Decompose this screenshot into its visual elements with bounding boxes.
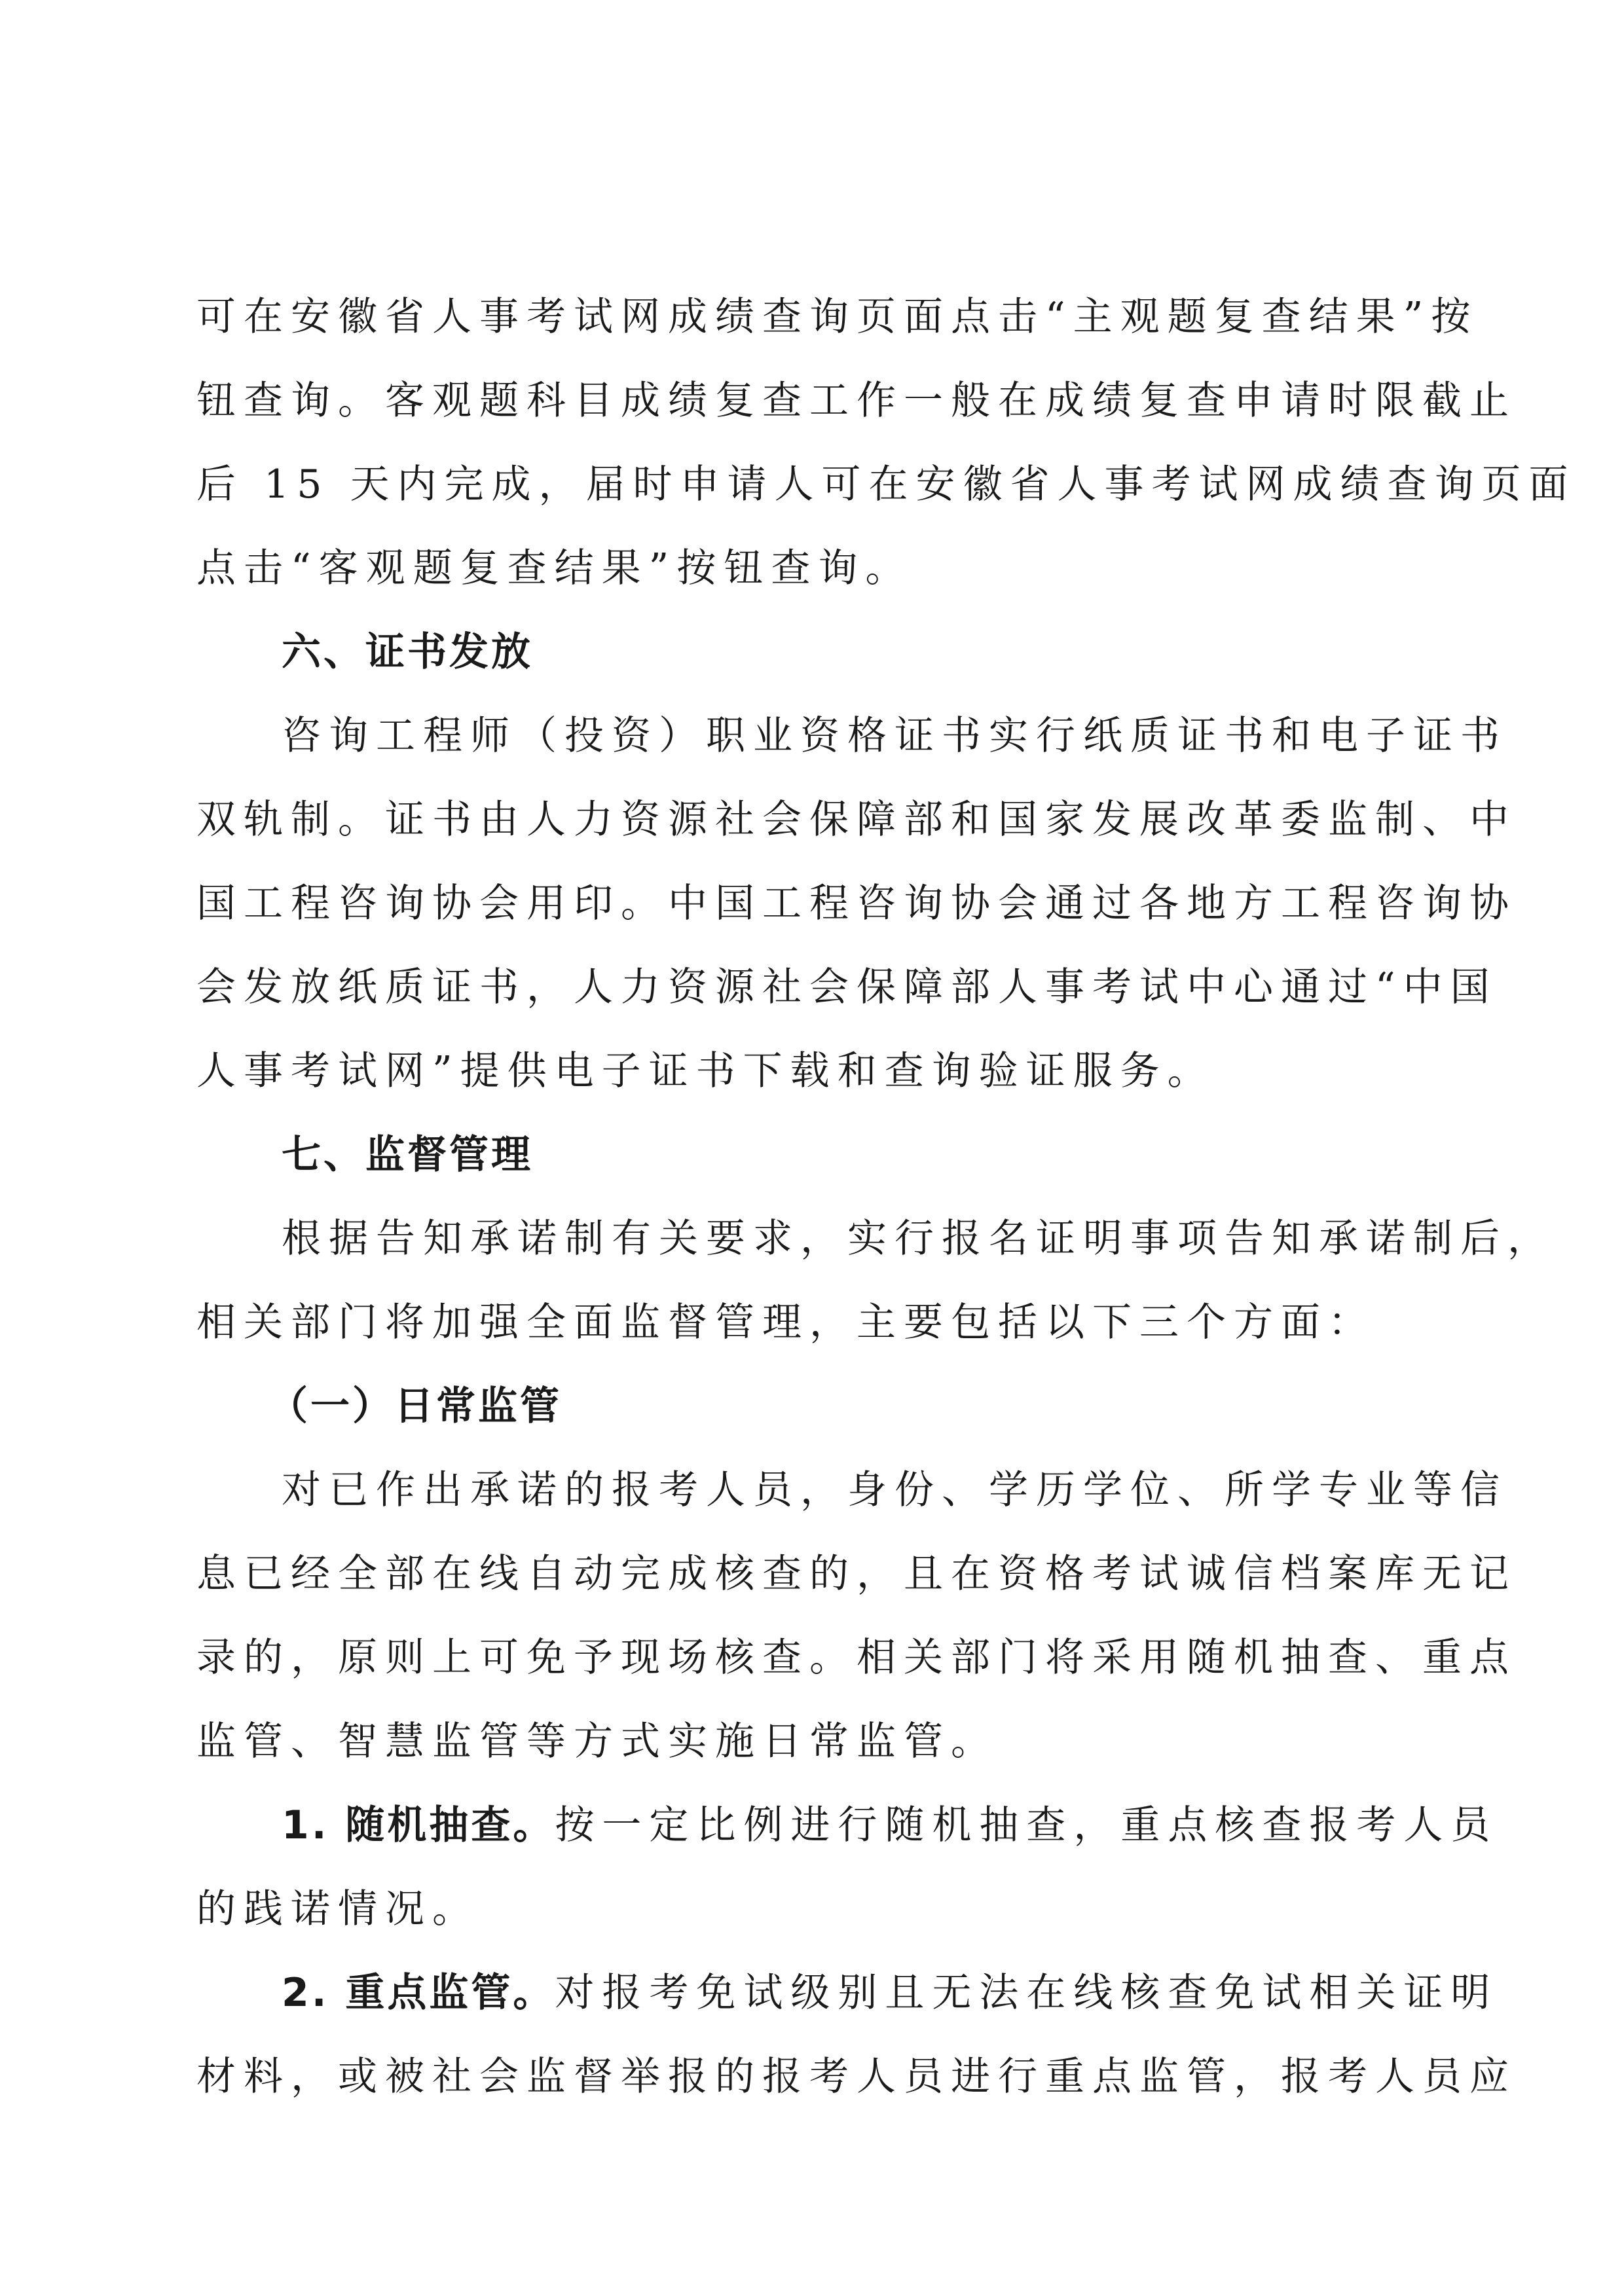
list-item-text: 对报考免试级别且无法在线核查免试相关证明	[555, 1970, 1498, 2016]
paragraph-line: 息已经全部在线自动完成核查的，且在资格考试诚信档案库无记	[196, 1532, 1441, 1616]
paragraph-line: 后 15 天内完成，届时申请人可在安徽省人事考试网成绩查询页面	[196, 443, 1441, 526]
paragraph-line: 根据告知承诺制有关要求，实行报名证明事项告知承诺制后，	[196, 1197, 1441, 1281]
paragraph-line: 人事考试网”提供电子证书下载和查询验证服务。	[196, 1029, 1441, 1113]
paragraph-line: 对已作出承诺的报考人员，身份、学历学位、所学专业等信	[196, 1448, 1441, 1532]
section-heading-supervision: 七、监督管理	[196, 1113, 1441, 1197]
paragraph-line: 咨询工程师（投资）职业资格证书实行纸质证书和电子证书	[196, 694, 1441, 778]
subsection-heading-daily-supervision: （一）日常监管	[196, 1364, 1441, 1448]
paragraph-line: 材料，或被社会监督举报的报考人员进行重点监管，报考人员应	[196, 2035, 1441, 2119]
paragraph-line: 可在安徽省人事考试网成绩查询页面点击“主观题复查结果”按	[196, 275, 1441, 359]
paragraph-line: 点击“客观题复查结果”按钮查询。	[196, 526, 1441, 610]
list-item-lead: 2. 重点监管。	[282, 1970, 555, 2016]
paragraph-line: 的践诺情况。	[196, 1867, 1441, 1951]
section-heading-certificate-issuance: 六、证书发放	[196, 610, 1441, 694]
paragraph-line: 双轨制。证书由人力资源社会保障部和国家发展改革委监制、中	[196, 778, 1441, 862]
list-item-text: 按一定比例进行随机抽查，重点核查报考人员	[555, 1802, 1498, 1848]
paragraph-line: 国工程咨询协会用印。中国工程咨询协会通过各地方工程咨询协	[196, 862, 1441, 945]
list-item-random-check: 1. 随机抽查。按一定比例进行随机抽查，重点核查报考人员	[196, 1783, 1441, 1867]
paragraph-line: 相关部门将加强全面监督管理，主要包括以下三个方面：	[196, 1281, 1441, 1364]
list-item-key-supervision: 2. 重点监管。对报考免试级别且无法在线核查免试相关证明	[196, 1951, 1441, 2035]
paragraph-line: 会发放纸质证书，人力资源社会保障部人事考试中心通过“中国	[196, 945, 1441, 1029]
paragraph-line: 录的，原则上可免予现场核查。相关部门将采用随机抽查、重点	[196, 1616, 1441, 1700]
document-page: 可在安徽省人事考试网成绩查询页面点击“主观题复查结果”按 钮查询。客观题科目成绩…	[196, 275, 1441, 2119]
list-item-lead: 1. 随机抽查。	[282, 1802, 555, 1848]
paragraph-line: 钮查询。客观题科目成绩复查工作一般在成绩复查申请时限截止	[196, 359, 1441, 443]
paragraph-line: 监管、智慧监管等方式实施日常监管。	[196, 1700, 1441, 1783]
